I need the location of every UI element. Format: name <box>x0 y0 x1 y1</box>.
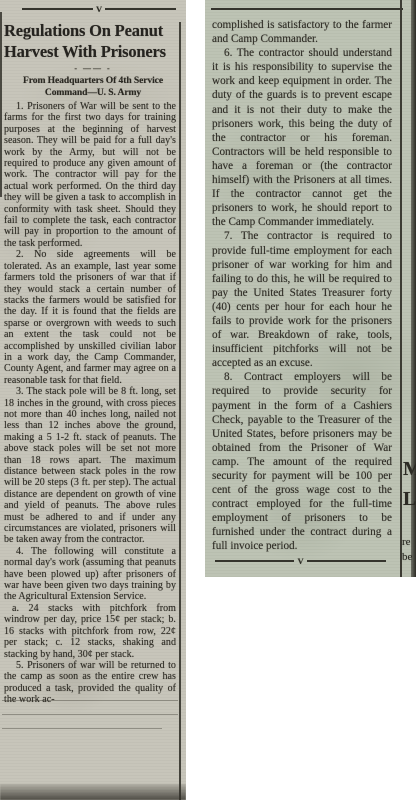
clipping-torn-edge <box>0 12 2 197</box>
column-rule <box>400 0 402 577</box>
paragraph-6: 6. The contractor should understand it i… <box>212 46 392 229</box>
subhead-line-1: From Headquarters Of 4th Service <box>0 75 186 87</box>
divider-rule <box>105 8 176 10</box>
subhead-line-2: Command—U. S. Army <box>0 87 186 99</box>
paragraph-4-items: a. 24 stacks with pitchfork from windrow… <box>4 603 176 660</box>
scan-artifact-line <box>2 728 162 729</box>
victory-v-glyph: V <box>294 557 306 565</box>
column-rule <box>179 22 181 800</box>
paragraph-7: 7. The contractor is required to provide… <box>212 229 392 370</box>
scan-artifact-line <box>2 714 178 715</box>
paragraph-5-continuation: complished is satisfactory to the farmer… <box>212 18 392 46</box>
divider-rule <box>215 560 294 562</box>
left-column-clipping: V Regulations On Peanut Harvest With Pri… <box>0 0 186 800</box>
clipping-dark-edge <box>411 0 416 577</box>
divider-rule <box>22 8 93 10</box>
victory-divider-bottom: V <box>215 557 386 566</box>
victory-divider-top: V <box>22 4 176 13</box>
article-subhead: From Headquarters Of 4th Service Command… <box>0 75 186 98</box>
scan-smudge <box>0 784 186 800</box>
adjacent-column-fragment: re <box>402 536 411 549</box>
paragraph-2: 2. No side agreements will be tolerated.… <box>4 249 176 386</box>
top-rule <box>211 8 403 10</box>
newspaper-scan: V Regulations On Peanut Harvest With Pri… <box>0 0 416 800</box>
left-column-body: 1. Prisoners of War will be sent to the … <box>4 101 176 706</box>
paragraph-5: 5. Prisoners of war will be returned to … <box>4 660 176 706</box>
divider-rule <box>307 560 386 562</box>
dash-divider: - —— - <box>0 64 186 73</box>
paragraph-4: 4. The following will constitute a norma… <box>4 546 176 603</box>
right-column-body: complished is satisfactory to the farmer… <box>212 18 392 554</box>
article-headline: Regulations On Peanut Harvest With Priso… <box>4 20 182 62</box>
scan-artifact-line <box>2 700 178 701</box>
headline-line-1: Regulations On Peanut <box>4 20 182 41</box>
paragraph-8: 8. Contract employers will be required t… <box>212 370 392 553</box>
right-column-clipping: complished is satisfactory to the farmer… <box>205 0 416 577</box>
paragraph-3: 3. The stack pole will be 8 ft. long, se… <box>4 386 176 546</box>
victory-v-glyph: V <box>93 5 105 13</box>
paragraph-1: 1. Prisoners of War will be sent to the … <box>4 101 176 249</box>
headline-line-2: Harvest With Prisoners <box>4 41 182 62</box>
